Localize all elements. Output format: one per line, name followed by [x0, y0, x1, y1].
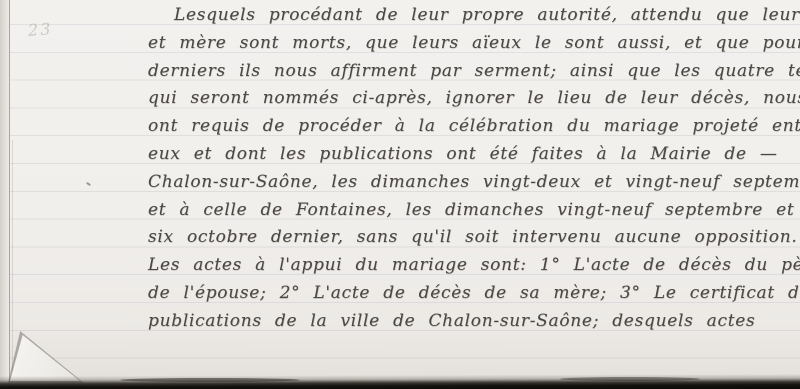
handwritten-line: six octobre dernier, sans qu'il soit int… — [148, 224, 800, 252]
scan-edge-shadow — [120, 378, 300, 382]
handwritten-line: qui seront nommés ci-après, ignorer le l… — [148, 85, 800, 113]
register-page-scan: 23 Lesquels procédant de leur propre aut… — [0, 0, 800, 389]
ink-speck — [86, 182, 91, 187]
handwritten-line: et à celle de Fontaines, les dimanches v… — [148, 197, 800, 225]
handwritten-line: derniers ils nous affirment par serment;… — [148, 58, 800, 86]
scan-edge-shadow — [560, 377, 700, 381]
handwritten-line: Lesquels procédant de leur propre autori… — [148, 2, 800, 30]
handwritten-line: ont requis de procéder à la célébration … — [148, 113, 800, 141]
scan-bottom-edge — [0, 374, 800, 389]
page-binding-edge — [0, 0, 10, 389]
ink-speck — [277, 102, 280, 104]
handwritten-line: de l'épouse; 2° L'acte de décès de sa mè… — [148, 280, 800, 308]
handwritten-line: publications de la ville de Chalon-sur-S… — [148, 308, 800, 336]
handwritten-text-block: Lesquels procédant de leur propre autori… — [148, 2, 800, 336]
handwritten-line: et mère sont morts, que leurs aïeux le s… — [148, 30, 800, 58]
handwritten-line: Les actes à l'appui du mariage sont: 1° … — [148, 252, 800, 280]
margin-page-number: 23 — [27, 19, 53, 40]
page-edge-line — [12, 140, 13, 389]
handwritten-line: eux et dont les publications ont été fai… — [148, 141, 800, 169]
handwritten-line: Chalon-sur-Saône, les dimanches vingt-de… — [148, 169, 800, 197]
